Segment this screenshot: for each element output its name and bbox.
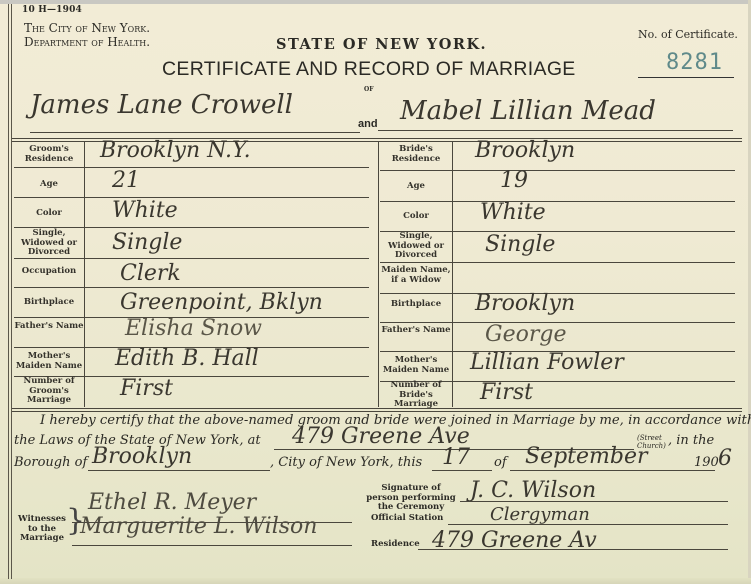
groom-age-value: 21 [112, 168, 140, 193]
officiant-signature-line [460, 501, 728, 502]
bride-mother-maiden-name-label: Mother's Maiden Name [380, 356, 452, 375]
table-bottom-rule [12, 411, 742, 412]
day-line [432, 470, 492, 471]
and-label: and [358, 118, 378, 130]
groom-occupation-label: Occupation [14, 267, 84, 277]
official-station-line [448, 524, 728, 525]
row-rule [14, 287, 369, 288]
bride-age-value: 19 [500, 168, 528, 193]
official-station-label: Official Station [371, 514, 443, 524]
borough-line [88, 470, 270, 471]
groom-father-name-label: Father's Name [14, 322, 84, 332]
bride-marital-status-value: Single [485, 232, 555, 257]
table-bottom-rule [12, 408, 742, 409]
ceremony-month-value: September [525, 444, 648, 469]
row-rule [380, 262, 735, 263]
month-line [510, 470, 715, 471]
year-digit-value: 6 [718, 446, 732, 471]
officiant-residence-label: Residence [371, 540, 420, 550]
certificate-page: 10 H—1904 The City of New York. Departme… [0, 0, 751, 584]
bride-birthplace-label: Birthplace [380, 300, 452, 310]
bride-name: Mabel Lillian Mead [400, 96, 656, 126]
witness-2-line [72, 545, 352, 546]
row-rule [14, 258, 369, 259]
groom-name-line [30, 132, 360, 133]
center-divider [378, 141, 379, 407]
official-station-value: Clergyman [490, 504, 590, 525]
left-border-rule [8, 4, 9, 579]
groom-marriage-number-label: Number of Groom's Marriage [14, 377, 84, 406]
witness-1-signature: Ethel R. Meyer [88, 490, 256, 515]
groom-residence-value: Brooklyn N.Y. [100, 138, 251, 163]
bride-residence-value: Brooklyn [475, 138, 575, 163]
groom-marriage-number-value: First [120, 376, 173, 401]
groom-mother-maiden-name-value: Edith B. Hall [115, 346, 259, 371]
bride-color-value: White [480, 200, 546, 225]
bride-father-name-label: Father's Name [380, 326, 452, 336]
witness-2-signature: Marguerite L. Wilson [80, 514, 317, 539]
groom-name: James Lane Crowell [30, 90, 293, 120]
groom-marital-status-value: Single [112, 230, 182, 255]
row-rule [14, 167, 369, 168]
row-rule [380, 201, 735, 202]
groom-mother-maiden-name-label: Mother's Maiden Name [14, 352, 84, 371]
year-prefix: 190 [694, 455, 719, 470]
left-border-rule [11, 4, 12, 579]
groom-birthplace-value: Greenpoint, Bklyn [120, 290, 323, 315]
bride-mother-maiden-name-value: Lillian Fowler [470, 350, 624, 375]
certificate-number-line [638, 77, 734, 78]
groom-marital-status-label: Single, Widowed or Divorced [14, 229, 84, 258]
bride-marital-status-label: Single, Widowed or Divorced [380, 232, 452, 261]
city-label: The City of New York. [24, 21, 150, 35]
borough-value: Brooklyn [92, 444, 192, 469]
department-label: Department of Health. [24, 35, 150, 49]
groom-label-column-divider [84, 141, 85, 407]
groom-residence-label: Groom's Residence [14, 145, 84, 164]
groom-occupation-value: Clerk [120, 261, 181, 286]
groom-color-label: Color [14, 209, 84, 219]
groom-color-value: White [112, 198, 178, 223]
bride-marriage-number-label: Number of Bride's Marriage [380, 381, 452, 410]
bride-maiden-name-label: Maiden Name, if a Widow [380, 266, 452, 285]
groom-father-name-value: Elisha Snow [125, 316, 262, 341]
scan-top-edge [0, 0, 751, 4]
scan-bottom-edge [0, 578, 751, 584]
of-month-label: of [494, 455, 507, 470]
state-heading: STATE OF NEW YORK. [276, 36, 487, 53]
bride-marriage-number-value: First [480, 380, 533, 405]
bride-residence-label: Bride's Residence [380, 145, 452, 164]
officiant-residence-line [418, 549, 728, 550]
groom-birthplace-label: Birthplace [14, 298, 84, 308]
row-rule [14, 227, 369, 228]
form-code: 10 H—1904 [22, 5, 82, 15]
row-rule [380, 170, 735, 171]
groom-age-label: Age [14, 180, 84, 190]
borough-label: Borough of [14, 455, 87, 470]
witnesses-label: Witnesses to the Marriage [12, 515, 72, 544]
bride-age-label: Age [380, 182, 452, 192]
bride-birthplace-value: Brooklyn [475, 291, 575, 316]
bride-color-label: Color [380, 212, 452, 222]
certification-line-2-suffix: , in the [668, 433, 714, 448]
officiant-signature-label: Signature of person performing the Cerem… [366, 484, 456, 513]
certificate-number: 8281 [666, 50, 723, 75]
of-label: OF [364, 86, 374, 93]
bride-father-name-value: George [485, 322, 566, 347]
bride-label-column-divider [452, 141, 453, 407]
certificate-title: CERTIFICATE AND RECORD OF MARRIAGE [162, 58, 576, 81]
city-this-label: , City of New York, this [270, 455, 422, 470]
row-rule [14, 197, 369, 198]
bride-name-line [378, 130, 733, 131]
officiant-signature: J. C. Wilson [470, 478, 596, 503]
certificate-number-label: No. of Certificate. [638, 28, 738, 41]
ceremony-day-value: 17 [442, 445, 470, 470]
